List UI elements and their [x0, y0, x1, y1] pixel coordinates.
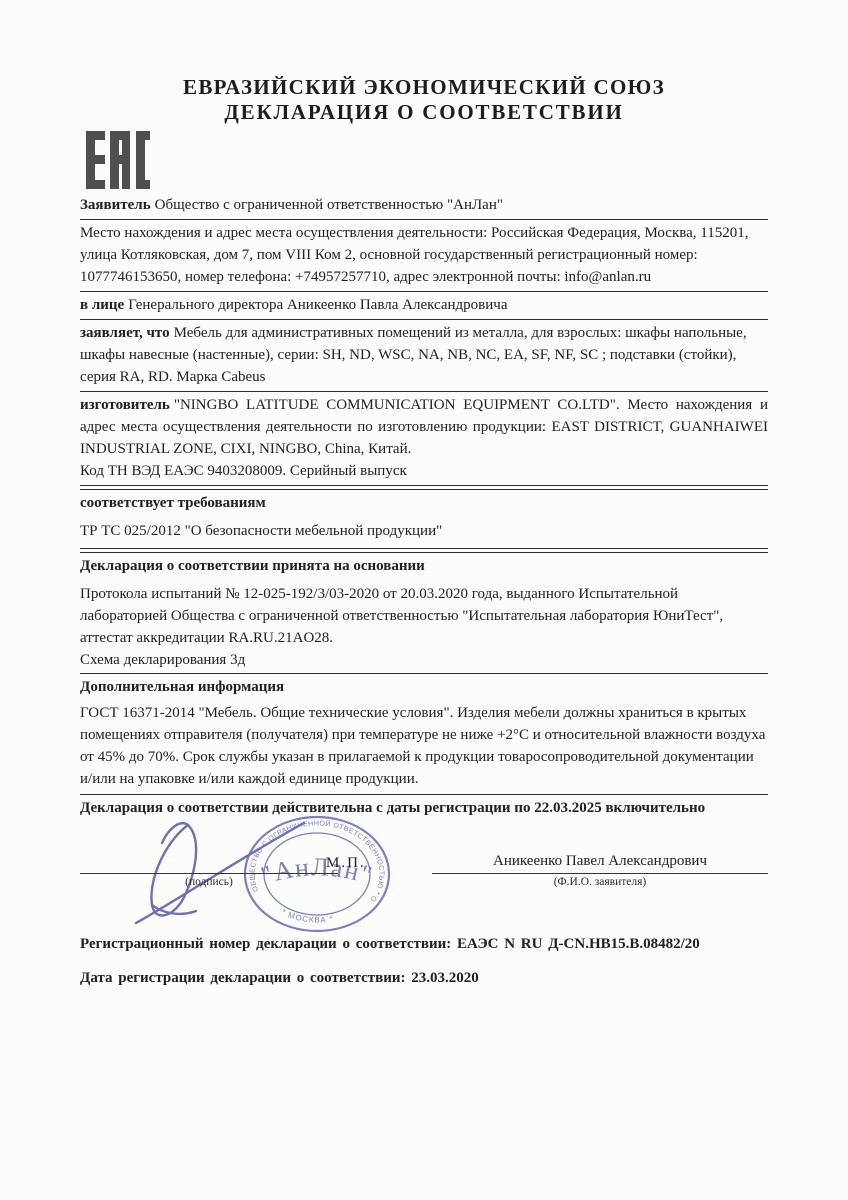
- representative-label: в лице: [80, 297, 124, 313]
- applicant-label: Заявитель: [80, 197, 151, 213]
- product-declaration: заявляет, чтоМебель для административных…: [80, 322, 768, 388]
- applicant-name: Общество с ограниченной ответственностью…: [155, 197, 503, 213]
- basis-header: Декларация о соответствии принята на осн…: [80, 555, 768, 577]
- page-title: ЕВРАЗИЙСКИЙ ЭКОНОМИЧЕСКИЙ СОЮЗ ДЕКЛАРАЦИ…: [80, 75, 768, 125]
- signature-rule: [80, 873, 338, 874]
- requirements-text: ТР ТС 025/2012 "О безопасности мебельной…: [80, 520, 768, 542]
- title-union: ЕВРАЗИЙСКИЙ ЭКОНОМИЧЕСКИЙ СОЮЗ: [80, 75, 768, 100]
- requirements-header: соответствует требованиям: [80, 492, 768, 514]
- divider: [80, 794, 768, 795]
- signature-block: ОБЩЕСТВО С ОГРАНИЧЕННОЙ ОТВЕТСТВЕННОСТЬЮ…: [80, 827, 768, 927]
- product-description: Мебель для административных помещений из…: [80, 325, 747, 385]
- manufacturer-label: изготовитель: [80, 397, 170, 413]
- declaration-document: ЕВРАЗИЙСКИЙ ЭКОНОМИЧЕСКИЙ СОЮЗ ДЕКЛАРАЦИ…: [0, 0, 848, 1200]
- divider: [80, 219, 768, 220]
- additional-text: ГОСТ 16371-2014 "Мебель. Общие техническ…: [80, 702, 768, 790]
- signature-line-right: Аникеенко Павел Александрович (Ф.И.О. за…: [432, 851, 768, 889]
- registration-number-row: Регистрационный номер декларации о соотв…: [80, 933, 768, 955]
- manufacturer-paragraph: изготовитель"NINGBO LATITUDE COMMUNICATI…: [80, 394, 768, 460]
- representative-row: в лицеГенерального директора Аникеенко П…: [80, 294, 768, 316]
- registration-number-label: Регистрационный номер декларации о соотв…: [80, 936, 451, 952]
- declaration-scheme: Схема декларирования 3д: [80, 649, 768, 671]
- tnved-code-line: Код ТН ВЭД ЕАЭС 9403208009. Серийный вып…: [80, 460, 768, 482]
- registration-number-value: ЕАЭС N RU Д-CN.НВ15.В.08482/20: [457, 936, 700, 952]
- manufacturer-details: "NINGBO LATITUDE COMMUNICATION EQUIPMENT…: [80, 397, 768, 457]
- validity-statement: Декларация о соответствии действительна …: [80, 797, 768, 819]
- registration-date-row: Дата регистрации декларации о соответств…: [80, 967, 768, 989]
- applicant-address: Место нахождения и адрес места осуществл…: [80, 222, 768, 288]
- applicant-row: ЗаявительОбщество с ограниченной ответст…: [80, 194, 768, 216]
- divider: [80, 548, 768, 553]
- document-content: ЕВРАЗИЙСКИЙ ЭКОНОМИЧЕСКИЙ СОЮЗ ДЕКЛАРАЦИ…: [80, 0, 768, 989]
- name-caption: (Ф.И.О. заявителя): [432, 875, 768, 889]
- divider: [80, 319, 768, 320]
- svg-text:* МОСКВА *: * МОСКВА *: [280, 907, 334, 924]
- divider: [80, 673, 768, 674]
- product-label: заявляет, что: [80, 325, 170, 341]
- basis-text: Протокола испытаний № 12-025-192/3/03-20…: [80, 583, 768, 649]
- divider: [80, 291, 768, 292]
- registration-date-value: 23.03.2020: [411, 970, 479, 986]
- title-declaration: ДЕКЛАРАЦИЯ О СООТВЕТСТВИИ: [80, 100, 768, 125]
- handwritten-signature: [92, 813, 342, 931]
- divider: [80, 485, 768, 490]
- stamp-bottom-text: * МОСКВА *: [280, 907, 334, 924]
- name-rule: [432, 873, 768, 874]
- signature-caption: (подпись): [80, 875, 338, 889]
- registration-date-label: Дата регистрации декларации о соответств…: [80, 970, 406, 986]
- applicant-full-name: Аникеенко Павел Александрович: [432, 851, 768, 871]
- eac-logo-icon: EAC: [86, 131, 768, 189]
- signature-line-left: (подпись): [80, 873, 338, 889]
- additional-header: Дополнительная информация: [80, 676, 768, 698]
- representative-name: Генерального директора Аникеенко Павла А…: [128, 297, 507, 313]
- divider: [80, 391, 768, 392]
- seal-place-mark: М.П.: [326, 855, 366, 872]
